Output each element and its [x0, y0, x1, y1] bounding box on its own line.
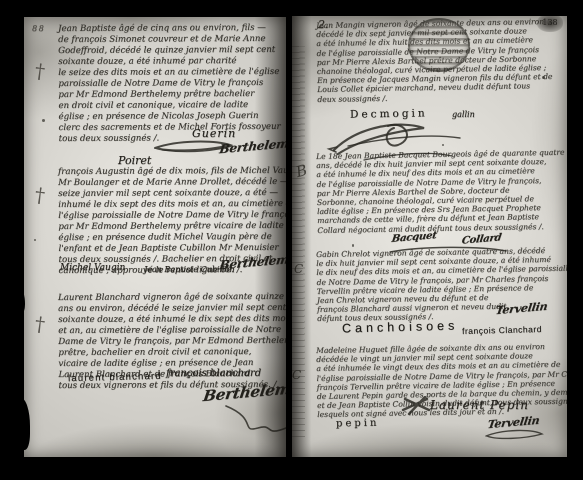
burial-record: Madeleine Huguet fille âgée de soixante …: [316, 342, 565, 420]
handwritten-line: et de Jean Baptiste Collin voisin dudit …: [317, 397, 565, 411]
signature-pepin: pepin: [336, 418, 380, 430]
handwritten-line: Mr Boulanger et de Marie Anne Drollet, d…: [58, 177, 286, 189]
handwritten-line: prêtre, bachelier en droit civil et cano…: [58, 347, 286, 359]
handwritten-line: Dame de Vitry le françois, par Mr Edmond…: [58, 336, 286, 348]
handwritten-line: a été inhumé le dix neuf des dits mois e…: [316, 166, 564, 180]
margin-mark-c: C: [292, 368, 301, 382]
handwritten-line: par Mr Pierre Alexis Barthel prêtre doct…: [317, 53, 565, 67]
handwritten-line: l'enfant et de Jean Baptiste Cubillon Mr…: [58, 243, 286, 255]
handwritten-line: et an, au cimetière de l'église paroissi…: [58, 325, 286, 337]
handwritten-line: l'église paroissialle de Notre Dame de V…: [316, 369, 564, 383]
burial-record: Gabin Chrelot vigneron âgé de soixante q…: [316, 246, 565, 324]
register-scan: 88 † † † Jean Baptiste âgé de cinq ans o…: [0, 0, 583, 480]
ink-stamp: [408, 18, 470, 72]
burial-record: Laurent Blanchard vigneron âgé de soixan…: [58, 292, 286, 392]
handwritten-line: seize janvier mil sept cent soixante dou…: [58, 188, 286, 200]
signature-tervellin: Tervellin: [487, 414, 541, 431]
signature-paraph-mark: [400, 396, 430, 416]
handwritten-line: Jean Mangin vigneron âgé de soixante deu…: [316, 17, 564, 31]
signature-decmogin: Decmogin: [350, 107, 428, 120]
signature-swash: [484, 428, 546, 440]
signature-crude-canchoisoes: Canchoisoes: [342, 318, 459, 335]
folio-number: 88: [32, 24, 45, 33]
signature-collard: Collard: [461, 232, 502, 246]
handwritten-line: le dix neuf des dits mois et an, au cime…: [316, 264, 564, 278]
handwritten-line: ans ou environ, décédé le seize janvier …: [58, 303, 286, 315]
margin-mark-b: B: [294, 161, 309, 181]
signature-berthelemy: Berthelemy: [218, 252, 286, 272]
handwritten-line: tous deux vignerons et fils du défunt so…: [58, 380, 286, 392]
handwritten-line: décédé le dix sept janvier mil sept cent…: [316, 26, 564, 40]
handwritten-line: de françois Simonet couvreur et de Marie…: [58, 34, 286, 46]
handwritten-line: Tervellin prêtre vicaire de ladite églis…: [317, 282, 565, 296]
handwritten-line: le seize des dits mois et an au cimetièr…: [58, 67, 286, 79]
handwritten-line: clerc des sacrements et de Michel Fortis…: [59, 122, 286, 134]
signature-swash: [152, 137, 236, 155]
cure-paraph-signature: [324, 118, 480, 168]
burial-cross-mark: †: [34, 182, 47, 207]
handwritten-line: tous deux soussignés /.: [59, 133, 286, 145]
signature-poiret: Poiret: [118, 154, 151, 167]
handwritten-line: françois Tervellin prêtre vicaire de lad…: [317, 378, 565, 392]
folio-ink-smudge: 138: [537, 16, 563, 32]
handwritten-line: de Laurent Pepin garde des ports de la b…: [317, 388, 565, 402]
handwritten-line: a été inhumé le dix huit des dits mois e…: [316, 35, 564, 49]
handwritten-line: de l'église paroissialle de Notre Dame d…: [316, 44, 564, 58]
margin-mark-c: C: [294, 262, 303, 276]
signature-berthelemy: Berthelemy: [202, 379, 286, 405]
handwritten-line: ans, décédé le dix huit janvier mil sept…: [316, 157, 564, 171]
handwritten-line: Gabin Chrelot vigneron âgé de soixante q…: [316, 246, 564, 260]
left-page: 88 † † † Jean Baptiste âgé de cinq ans o…: [24, 17, 286, 457]
signature-laurent-pepin: Laurent Pepin: [430, 398, 529, 412]
signature-crude-clanchard: françois Clanchard: [462, 324, 542, 336]
handwritten-line: Collard négociant ami dudit défunt tous …: [317, 221, 565, 235]
signature-swash: [388, 244, 510, 256]
handwritten-line: défunt tous deux soussignés /.: [317, 310, 565, 324]
signature-gallin: gallin: [452, 110, 475, 119]
handwritten-line: Le 18e Jean Baptiste Bacquet Bourgeois â…: [316, 148, 564, 162]
handwritten-line: françois Augustin âgé de dix mois, fils …: [58, 166, 286, 178]
burial-cross-mark: †: [34, 311, 47, 336]
handwritten-line: tous deux soussignés /. Bachelier en dro…: [58, 254, 286, 266]
handwritten-line: décédée le vingt un janvier mil sept cen…: [316, 351, 564, 365]
signature-cubillon: Jean Baptiste Cubillon: [144, 265, 235, 274]
handwritten-line: Jean Chrelot vigneron neveu du défunt et…: [317, 292, 565, 306]
handwritten-line: de Notre Dame de Vitry le françois, par …: [316, 273, 564, 287]
burial-record: Jean Mangin vigneron âgé de soixante deu…: [316, 17, 565, 104]
handwritten-line: Louis Collet épicier marchand, neveu dud…: [317, 81, 565, 95]
signature-swash: [220, 403, 286, 437]
signature-tervellin: Tervellin: [495, 300, 549, 317]
handwritten-line: En présence de Jacques Mangin vigneron f…: [317, 72, 565, 86]
binding-shadow-blob: [13, 398, 30, 450]
handwritten-line: soixante douze, a été inhumé le dix sept…: [58, 314, 286, 326]
handwritten-line: par Mr Pierre Alexis Barthel de Sobre, d…: [317, 184, 565, 198]
handwritten-line: inhumé le dix sept des dits mois et an, …: [58, 199, 286, 211]
handwritten-line: église ; en présence dudit Michel Vaugin…: [58, 232, 286, 244]
handwritten-line: vicaire de ladite église ; en présence d…: [58, 358, 286, 370]
handwritten-line: françois Blanchard aussi vigneron et nev…: [317, 301, 565, 315]
handwritten-line: a été inhumée le vingt deux des dits moi…: [316, 360, 564, 374]
handwritten-line: Godeffroid, décédé le quinze janvier mil…: [58, 45, 286, 57]
handwritten-line: soixante douze, a été inhumé par charité: [58, 56, 286, 68]
signature-laurent-blanchard: laurent blanchard: [68, 371, 162, 384]
handwritten-line: par Mr Edmond Berthelemy prêtre vicaire …: [58, 221, 286, 233]
handwritten-line: marchands de cette ville, frère du défun…: [317, 212, 565, 226]
handwritten-line: de l'église paroissialle de Notre Dame d…: [316, 175, 564, 189]
handwritten-line: Sorbonne, chanoine théologal, curé vicai…: [317, 194, 565, 208]
handwritten-line: par Mr Edmond Berthelemy prêtre bachelie…: [58, 89, 286, 101]
handwritten-line: église ; en présence de Nicolas Joseph G…: [58, 111, 286, 123]
handwritten-line: deux soussignés /.: [317, 90, 565, 104]
handwritten-line: l'église paroissialle de Notre Dame de V…: [58, 210, 286, 222]
handwritten-line: ladite église ; En présence des Srs Jean…: [317, 203, 565, 217]
signature-berthelemy: Berthelemy: [218, 136, 286, 156]
handwritten-line: en droit civil et canonique, vicaire de …: [58, 100, 286, 112]
burial-cross-mark: †: [34, 58, 47, 83]
page-edge-bleedthrough: [292, 46, 305, 441]
page-number: 2.: [318, 18, 329, 31]
handwritten-line: canonique ; approuvé le renvoi ligne 6e.…: [59, 265, 286, 277]
handwritten-line: Laurent Blanchard vigneron âgé de soixan…: [58, 292, 286, 304]
handwritten-line: Jean Baptiste âgé de cinq ans ou environ…: [58, 23, 286, 35]
signature-francois-blanchard: françois blanchard: [166, 368, 261, 379]
handwritten-line: chanoine théologal, curé vicaire perpétu…: [317, 63, 565, 77]
burial-record: françois Augustin âgé de dix mois, fils …: [58, 166, 286, 277]
handwritten-line: paroissialle de Notre Dame de Vitry le f…: [58, 78, 286, 90]
burial-record: Jean Baptiste âgé de cinq ans ou environ…: [58, 23, 286, 145]
signature-bacquet: Bacquet: [391, 230, 437, 245]
handwritten-line: Laurent Blanchard et de françois Blancha…: [58, 369, 286, 381]
handwritten-line: lesquels ont signé avec nous les dits jo…: [317, 406, 565, 420]
handwritten-line: le dix huit janvier mil sept cent soixan…: [316, 255, 564, 269]
signature-guerin: Guerin: [192, 127, 236, 140]
handwritten-line: Madeleine Huguet fille âgée de soixante …: [316, 342, 564, 356]
right-page: 2. 138 Jean Mangin vigneron âgé de soixa…: [292, 16, 567, 457]
signature-michel-vaugin: Michel Vaugin: [60, 263, 125, 273]
burial-record: Le 18e Jean Baptiste Bacquet Bourgeois â…: [316, 148, 565, 235]
